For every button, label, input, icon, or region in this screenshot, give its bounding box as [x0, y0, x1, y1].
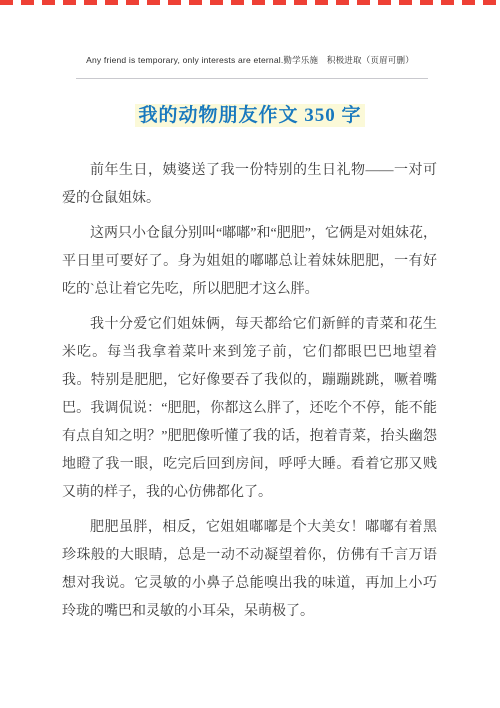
essay-body: 前年生日，姨婆送了我一份特别的生日礼物——一对可爱的仓鼠姐妹。 这两只小仓鼠分别… — [0, 157, 500, 626]
document-page: { "page": { "background": "#ffffff", "to… — [0, 0, 500, 708]
top-dashed-border — [0, 0, 500, 5]
essay-paragraph: 肥肥虽胖，相反，它姐姐嘟嘟是个大美女！嘟嘟有着黑珍珠般的大眼睛，总是一动不动凝望… — [62, 514, 437, 626]
page-title-text: 我的动物朋友作文 350 字 — [135, 104, 364, 127]
essay-paragraph: 前年生日，姨婆送了我一份特别的生日礼物——一对可爱的仓鼠姐妹。 — [62, 157, 437, 213]
header-divider — [76, 78, 428, 79]
page-header-text: Any friend is temporary, only interests … — [0, 54, 500, 66]
page-title: 我的动物朋友作文 350 字 — [0, 100, 500, 127]
essay-paragraph: 我十分爱它们姐妹俩，每天都给它们新鲜的青菜和花生米吃。每当我拿着菜叶来到笼子前，… — [62, 311, 437, 507]
essay-paragraph: 这两只小仓鼠分别叫“嘟嘟”和“肥肥”，它俩是对姐妹花，平日里可要好了。身为姐姐的… — [62, 220, 437, 304]
